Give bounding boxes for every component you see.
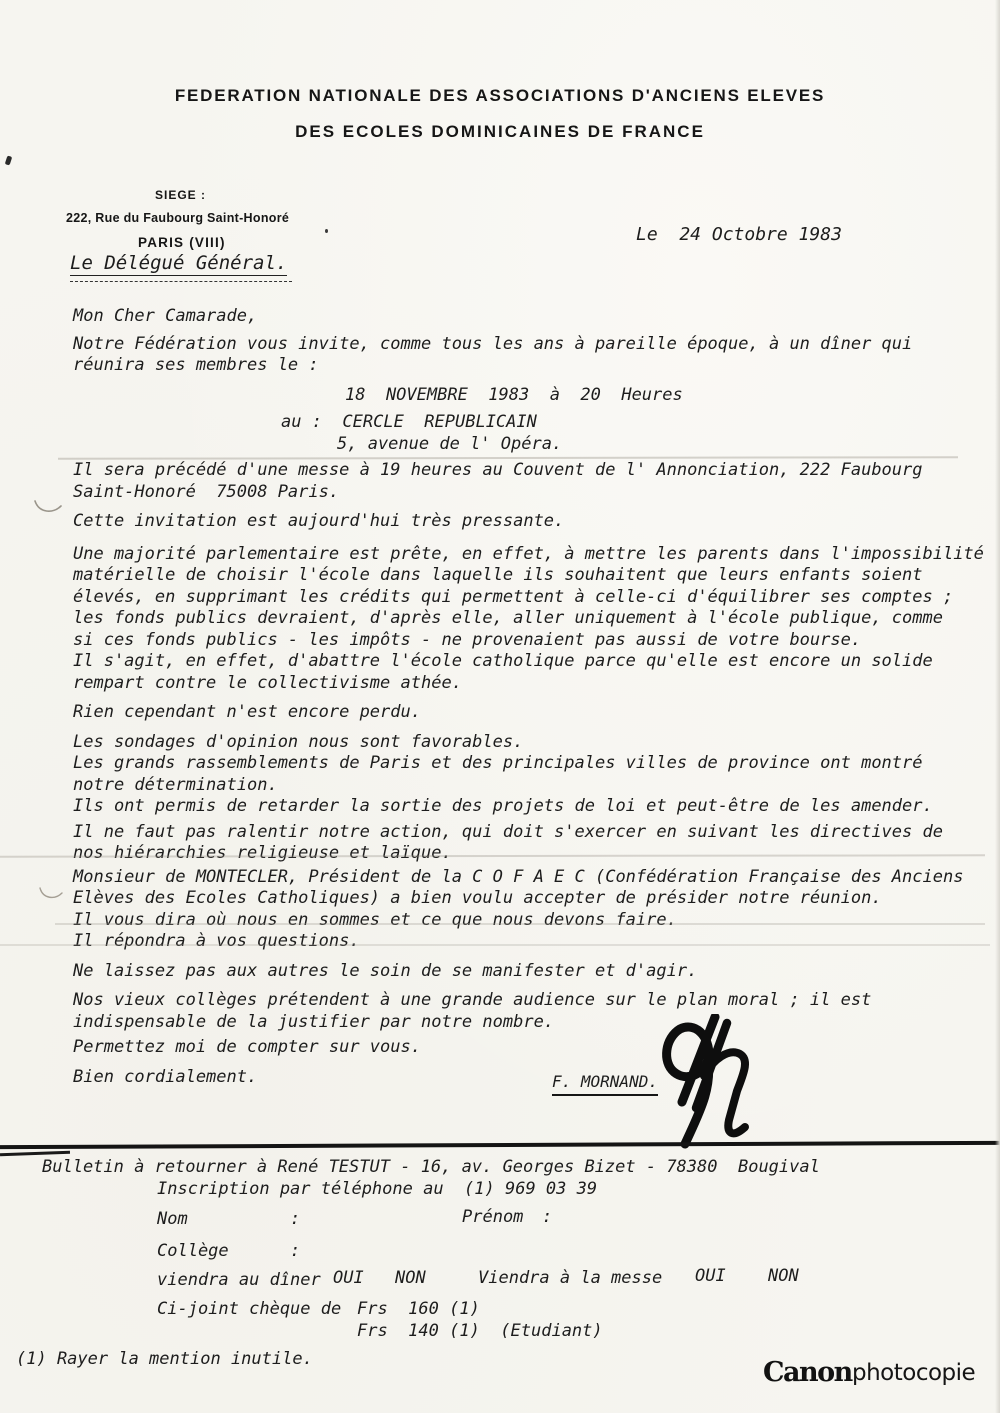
form-cheque-amount-1: Frs 160 (1) (357, 1299, 480, 1320)
text-line: 18 NOVEMBRE 1983 à 20 Heures (345, 385, 978, 407)
horizontal-rule (0, 1141, 1000, 1149)
text-line: nos hiérarchies religieuse et laïque. (73, 843, 978, 865)
paragraph: Il ne faut pas ralentir notre action, qu… (73, 822, 978, 865)
text-line: Il répondra à vos questions. (73, 931, 978, 953)
siege-label: SIEGE : (155, 188, 206, 202)
date-line: Le 24 Octobre 1983 (636, 224, 842, 245)
form-mass-label: Viendra à la messe (478, 1268, 662, 1289)
horizontal-rule-stub (0, 1151, 70, 1156)
text-line: Il ne faut pas ralentir notre action, qu… (73, 822, 978, 844)
paragraph: Les sondages d'opinion nous sont favorab… (73, 732, 978, 818)
text-line: Il vous dira où nous en sommes et ce que… (73, 910, 978, 932)
sender-title: Le Délégué Général. (70, 252, 287, 276)
sender-title-dashed-underline (70, 281, 292, 282)
form-phone-line: Inscription par téléphone au (1) 969 03 … (157, 1179, 597, 1200)
text-line: Cette invitation est aujourd'hui très pr… (73, 511, 978, 533)
text-line: matérielle de choisir l'école dans laque… (73, 565, 978, 587)
text-line: au : CERCLE REPUBLICAIN (281, 412, 978, 434)
paragraph: Nos vieux collèges prétendent à une gran… (73, 990, 978, 1033)
sender-title-text: Le Délégué Général. (70, 252, 287, 276)
canon-product-label: photocopie (852, 1360, 975, 1386)
text-line: 5, avenue de l' Opéra. (337, 434, 978, 456)
text-line: Elèves des Ecoles Catholiques) a bien vo… (73, 888, 978, 910)
handwritten-signature (652, 1014, 758, 1157)
text-line: si ces fonds publics - les impôts - ne p… (73, 630, 978, 652)
text-line: Il s'agit, en effet, d'abattre l'école c… (73, 651, 978, 673)
paragraph: 5, avenue de l' Opéra. (337, 434, 978, 456)
form-cheque-amount-2: Frs 140 (1) (Etudiant) (357, 1321, 603, 1342)
signature-name: F. MORNAND. (552, 1072, 658, 1096)
text-line: Rien cependant n'est encore perdu. (73, 702, 978, 724)
paragraph: au : CERCLE REPUBLICAIN (281, 412, 978, 434)
letter-body: Mon Cher Camarade, Notre Fédération vous… (73, 306, 978, 1088)
text-line: Nos vieux collèges prétendent à une gran… (73, 990, 978, 1012)
form-mass-yes: OUI (695, 1266, 726, 1287)
text-line: élevés, en supprimant les crédits qui pe… (73, 587, 978, 609)
salutation: Mon Cher Camarade, (73, 306, 978, 328)
scan-artifact-curl (33, 498, 63, 516)
scan-artifact-mark (5, 155, 13, 165)
form-dinner-no: NON (395, 1268, 426, 1289)
paragraph: Cette invitation est aujourd'hui très pr… (73, 511, 978, 533)
text-line: Les sondages d'opinion nous sont favorab… (73, 732, 978, 754)
closing: Bien cordialement. (73, 1067, 978, 1089)
text-line: Une majorité parlementaire est prête, en… (73, 544, 978, 566)
text-line: réunira ses membres le : (73, 355, 978, 377)
paragraph: Une majorité parlementaire est prête, en… (73, 544, 978, 695)
paragraphs-container: Notre Fédération vous invite, comme tous… (73, 334, 978, 1059)
siege-address: 222, Rue du Faubourg Saint-Honoré (66, 211, 289, 225)
scan-artifact-curl (38, 886, 64, 902)
paragraph: 18 NOVEMBRE 1983 à 20 Heures (345, 385, 978, 407)
form-dinner-yes: OUI (333, 1268, 364, 1289)
form-firstname-label: Prénom (462, 1207, 523, 1228)
text-line: les fonds publics devraient, d'après ell… (73, 608, 978, 630)
text-line: Ne laissez pas aux autres le soin de se … (73, 961, 978, 983)
paragraph: Monsieur de MONTECLER, Président de la C… (73, 867, 978, 953)
form-college-colon: : (290, 1241, 300, 1262)
form-dinner-label: viendra au dîner (157, 1270, 321, 1291)
paragraph: Permettez moi de compter sur vous. (73, 1037, 978, 1059)
canon-logo: Canon (763, 1357, 852, 1388)
scanned-letter-page: FEDERATION NATIONALE DES ASSOCIATIONS D'… (0, 0, 1000, 1413)
form-college-label: Collège (157, 1241, 229, 1262)
page-edge-shadow (995, 0, 1000, 1413)
scan-artifact-dot (325, 229, 328, 233)
form-cheque-label: Ci-joint chèque de (157, 1299, 341, 1320)
text-line: Saint-Honoré 75008 Paris. (73, 482, 978, 504)
form-mass-no: NON (768, 1266, 799, 1287)
letterhead-line-2: DES ECOLES DOMINICAINES DE FRANCE (0, 122, 1000, 142)
text-line: indispensable de la justifier par notre … (73, 1012, 978, 1034)
text-line: rempart contre le collectivisme athée. (73, 673, 978, 695)
footnote: (1) Rayer la mention inutile. (16, 1349, 313, 1369)
text-line: Ils ont permis de retarder la sortie des… (73, 796, 978, 818)
text-line: Permettez moi de compter sur vous. (73, 1037, 978, 1059)
letterhead-line-1: FEDERATION NATIONALE DES ASSOCIATIONS D'… (0, 86, 1000, 106)
text-line: Monsieur de MONTECLER, Président de la C… (73, 867, 978, 889)
text-line: Notre Fédération vous invite, comme tous… (73, 334, 978, 356)
paragraph: Il sera précédé d'une messe à 19 heures … (73, 460, 978, 503)
paragraph: Rien cependant n'est encore perdu. (73, 702, 978, 724)
form-firstname-colon: : (542, 1207, 552, 1228)
text-line: notre détermination. (73, 775, 978, 797)
paragraph: Notre Fédération vous invite, comme tous… (73, 334, 978, 377)
siege-city: PARIS (VIII) (138, 235, 226, 250)
text-line: Les grands rassemblements de Paris et de… (73, 753, 978, 775)
form-name-colon: : (290, 1209, 300, 1230)
paragraph: Ne laissez pas aux autres le soin de se … (73, 961, 978, 983)
text-line: Il sera précédé d'une messe à 19 heures … (73, 460, 978, 482)
form-return-line: Bulletin à retourner à René TESTUT - 16,… (42, 1157, 820, 1178)
form-name-label: Nom (157, 1209, 188, 1230)
